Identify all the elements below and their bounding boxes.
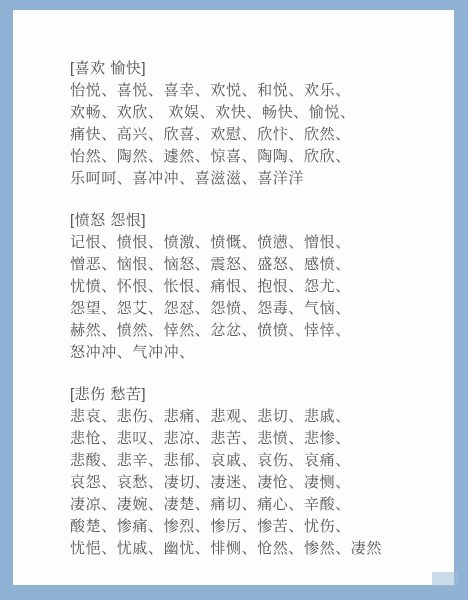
watermark-remnant — [432, 572, 458, 586]
section-joy-header: [喜欢 愉快] — [70, 58, 424, 80]
word-line: 欢畅、欢欣、 欢娱、欢快、畅快、愉悦、 — [70, 102, 424, 124]
word-line: 哀怨、哀愁、凄切、凄迷、凄怆、凄恻、 — [70, 472, 424, 494]
word-line: 赫然、愤然、悻然、忿忿、愤愤、悻悻、 — [70, 320, 424, 342]
word-line: 悲怆、悲叹、悲凉、悲苦、悲愤、悲惨、 — [70, 428, 424, 450]
section-sadness: [悲伤 愁苦] 悲哀、悲伤、悲痛、悲观、悲切、悲戚、 悲怆、悲叹、悲凉、悲苦、悲… — [70, 384, 424, 560]
word-list-content: [喜欢 愉快] 怡悦、喜悦、喜幸、欢悦、和悦、欢乐、 欢畅、欢欣、 欢娱、欢快、… — [70, 58, 424, 580]
word-line: 怒冲冲、气冲冲、 — [70, 342, 424, 364]
word-line: 忧愤、怀恨、怅恨、痛恨、抱恨、怨尤、 — [70, 276, 424, 298]
section-anger: [愤怒 怨恨] 记恨、愤恨、愤激、愤慨、愤懑、憎恨、 憎恶、恼恨、恼怒、震怒、盛… — [70, 210, 424, 364]
word-line: 憎恶、恼恨、恼怒、震怒、盛怒、感愤、 — [70, 254, 424, 276]
blue-frame: [喜欢 愉快] 怡悦、喜悦、喜幸、欢悦、和悦、欢乐、 欢畅、欢欣、 欢娱、欢快、… — [0, 0, 468, 600]
word-list-card: [喜欢 愉快] 怡悦、喜悦、喜幸、欢悦、和悦、欢乐、 欢畅、欢欣、 欢娱、欢快、… — [13, 10, 454, 585]
word-line: 痛快、高兴、欣喜、欢慰、欣忭、欣然、 — [70, 124, 424, 146]
word-line: 凄凉、凄婉、凄楚、痛切、痛心、辛酸、 — [70, 494, 424, 516]
section-anger-header: [愤怒 怨恨] — [70, 210, 424, 232]
word-line: 怡然、陶然、遽然、惊喜、陶陶、欣欣、 — [70, 146, 424, 168]
word-line: 悲哀、悲伤、悲痛、悲观、悲切、悲戚、 — [70, 406, 424, 428]
word-line: 忧悒、忧戚、幽忧、悱恻、怆然、惨然、凄然 — [70, 538, 424, 560]
word-line: 酸楚、惨痛、惨烈、惨厉、惨苦、忧伤、 — [70, 516, 424, 538]
word-line: 怨望、怨艾、怨怼、怨愤、怨毒、气恼、 — [70, 298, 424, 320]
section-sadness-header: [悲伤 愁苦] — [70, 384, 424, 406]
word-line: 乐呵呵、喜冲冲、喜滋滋、喜洋洋 — [70, 168, 424, 190]
section-joy: [喜欢 愉快] 怡悦、喜悦、喜幸、欢悦、和悦、欢乐、 欢畅、欢欣、 欢娱、欢快、… — [70, 58, 424, 190]
word-line: 悲酸、悲辛、悲郁、哀戚、哀伤、哀痛、 — [70, 450, 424, 472]
word-line: 记恨、愤恨、愤激、愤慨、愤懑、憎恨、 — [70, 232, 424, 254]
word-line: 怡悦、喜悦、喜幸、欢悦、和悦、欢乐、 — [70, 80, 424, 102]
